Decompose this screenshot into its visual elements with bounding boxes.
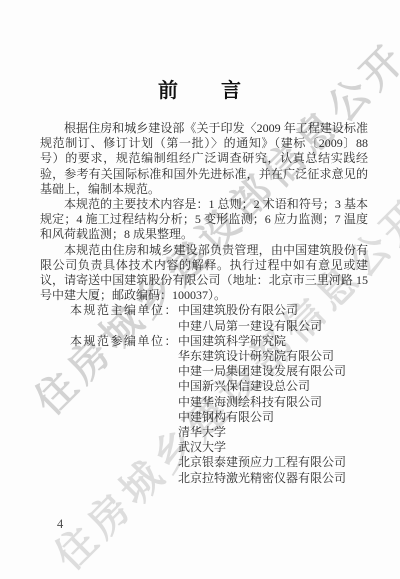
org-item: 武汉大学 (178, 440, 368, 455)
org-item: 中国新兴保信建设总公司 (178, 379, 368, 394)
chief-editor-block: 本规范主编单位： 中国建筑股份有限公司 中建八局第一建设有限公司 (40, 303, 368, 333)
org-item: 北京拉特激光精密仪器有限公司 (178, 471, 368, 486)
participating-editor-org-list: 中国建筑科学研究院 华东建筑设计研究院有限公司 中建一局集团建设发展有限公司 中… (178, 334, 368, 486)
paragraph-contents: 本规范的主要技术内容是：1 总则；2 术语和符号；3 基本规定；4 施工过程结构… (40, 197, 368, 243)
chief-editor-label: 本规范主编单位： (70, 303, 178, 318)
paragraph-basis: 根据住房和城乡建设部《关于印发〈2009 年工程建设标准规范制订、修订计划（第一… (40, 121, 368, 197)
org-item: 中国建筑股份有限公司 (178, 303, 368, 318)
org-item: 中建钢构有限公司 (178, 410, 368, 425)
document-page: 住房城乡建设部信息公开 住房城乡建设部信息公开 前 言 根据住房和城乡建设部《关… (0, 0, 400, 579)
org-item: 中国建筑科学研究院 (178, 334, 368, 349)
org-item: 中建华海测绘科技有限公司 (178, 395, 368, 410)
page-title: 前 言 (0, 74, 400, 103)
participating-editor-block: 本规范参编单位： 中国建筑科学研究院 华东建筑设计研究院有限公司 中建一局集团建… (40, 334, 368, 486)
org-item: 清华大学 (178, 425, 368, 440)
paragraph-management: 本规范由住房和城乡建设部负责管理，由中国建筑股份有限公司负责具体技术内容的解释。… (40, 243, 368, 304)
org-item: 中建八局第一建设有限公司 (178, 319, 368, 334)
org-item: 北京银泰建预应力工程有限公司 (178, 455, 368, 470)
participating-editor-label: 本规范参编单位： (70, 334, 178, 349)
page-number: 4 (57, 517, 63, 532)
chief-editor-org-list: 中国建筑股份有限公司 中建八局第一建设有限公司 (178, 303, 368, 333)
document-body: 根据住房和城乡建设部《关于印发〈2009 年工程建设标准规范制订、修订计划（第一… (40, 121, 368, 486)
org-item: 中建一局集团建设发展有限公司 (178, 364, 368, 379)
org-item: 华东建筑设计研究院有限公司 (178, 349, 368, 364)
